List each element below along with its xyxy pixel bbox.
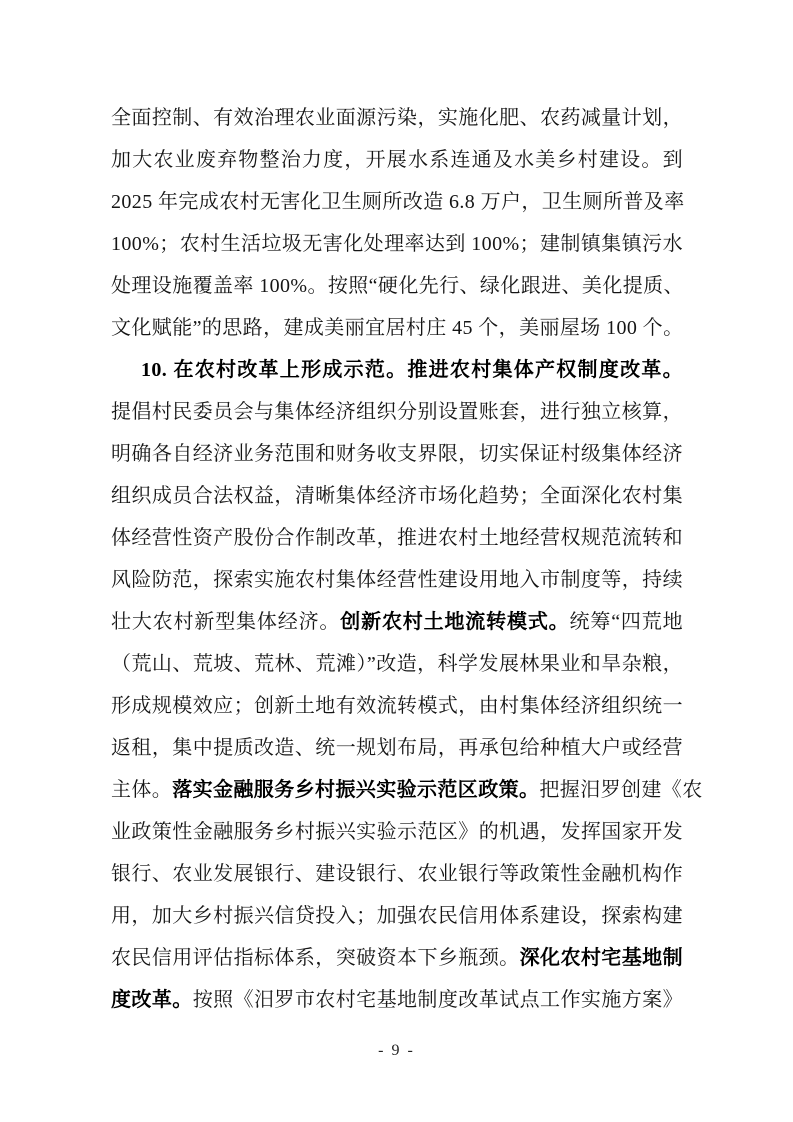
- text-segment: 组织成员合法权益，清晰集体经济市场化趋势；全面深化农村集: [111, 485, 683, 507]
- text-line: 形成规模效应；创新土地有效流转模式，由村集体经济组织统一: [111, 685, 683, 727]
- text-line: 加大农业废弃物整治力度，开展水系连通及水美乡村建设。到: [111, 139, 683, 181]
- text-segment: 主体。: [111, 779, 172, 801]
- text-segment: 把握汨罗创建《农: [539, 779, 702, 801]
- document-page: 全面控制、有效治理农业面源污染，实施化肥、农药减量计划，加大农业废弃物整治力度，…: [0, 0, 793, 1122]
- text-line: 2025 年完成农村无害化卫生厕所改造 6.8 万户，卫生厕所普及率: [111, 181, 683, 223]
- text-line: 处理设施覆盖率 100%。按照“硬化先行、绿化跟进、美化提质、: [111, 265, 683, 307]
- text-segment: 2025 年完成农村无害化卫生厕所改造 6.8 万户，卫生厕所普及率: [111, 191, 685, 213]
- text-line: 100%；农村生活垃圾无害化处理率达到 100%；建制镇集镇污水: [111, 223, 683, 265]
- text-segment: 用，加大乡村振兴信贷投入；加强农民信用体系建设，探索构建: [111, 905, 683, 927]
- text-line: 10. 在农村改革上形成示范。推进农村集体产权制度改革。: [111, 349, 683, 391]
- text-segment: 文化赋能”的思路，建成美丽宜居村庄 45 个，美丽屋场 100 个。: [111, 317, 683, 339]
- text-line: 用，加大乡村振兴信贷投入；加强农民信用体系建设，探索构建: [111, 895, 683, 937]
- text-line: 提倡村民委员会与集体经济组织分别设置账套，进行独立核算，: [111, 391, 683, 433]
- text-segment: 银行、农业发展银行、建设银行、农业银行等政策性金融机构作: [111, 863, 683, 885]
- text-segment: 统筹“四荒地: [570, 611, 683, 633]
- text-segment: 提倡村民委员会与集体经济组织分别设置账套，进行独立核算，: [111, 401, 683, 423]
- text-segment: 处理设施覆盖率 100%。按照“硬化先行、绿化跟进、美化提质、: [111, 275, 684, 297]
- text-line: （荒山、荒坡、荒林、荒滩）”改造，科学发展林果业和旱杂粮，: [111, 643, 683, 685]
- text-segment: 加大农业废弃物整治力度，开展水系连通及水美乡村建设。到: [111, 149, 683, 171]
- text-line: 返租，集中提质改造、统一规划布局，再承包给种植大户或经营: [111, 727, 683, 769]
- text-line: 银行、农业发展银行、建设银行、农业银行等政策性金融机构作: [111, 853, 683, 895]
- bold-text-segment: 10. 在农村改革上形成示范。推进农村集体产权制度改革。: [141, 359, 683, 381]
- text-line: 风险防范，探索实施农村集体经营性建设用地入市制度等，持续: [111, 559, 683, 601]
- text-segment: 形成规模效应；创新土地有效流转模式，由村集体经济组织统一: [111, 695, 683, 717]
- text-line: 体经营性资产股份合作制改革，推进农村土地经营权规范流转和: [111, 517, 683, 559]
- text-segment: 明确各自经济业务范围和财务收支界限，切实保证村级集体经济: [111, 443, 683, 465]
- text-block: 全面控制、有效治理农业面源污染，实施化肥、农药减量计划，加大农业废弃物整治力度，…: [111, 97, 683, 1021]
- bold-text-segment: 度改革。: [111, 989, 193, 1011]
- bold-text-segment: 落实金融服务乡村振兴实验示范区政策。: [172, 779, 539, 801]
- bold-text-segment: 深化农村宅基地制: [520, 947, 683, 969]
- text-line: 全面控制、有效治理农业面源污染，实施化肥、农药减量计划，: [111, 97, 683, 139]
- text-line: 组织成员合法权益，清晰集体经济市场化趋势；全面深化农村集: [111, 475, 683, 517]
- text-segment: 全面控制、有效治理农业面源污染，实施化肥、农药减量计划，: [111, 107, 683, 129]
- text-line: 壮大农村新型集体经济。创新农村土地流转模式。统筹“四荒地: [111, 601, 683, 643]
- text-segment: 体经营性资产股份合作制改革，推进农村土地经营权规范流转和: [111, 527, 683, 549]
- text-segment: 壮大农村新型集体经济。: [111, 611, 340, 633]
- text-line: 度改革。按照《汨罗市农村宅基地制度改革试点工作实施方案》: [111, 979, 683, 1021]
- text-line: 主体。落实金融服务乡村振兴实验示范区政策。把握汨罗创建《农: [111, 769, 683, 811]
- text-segment: 农民信用评估指标体系，突破资本下乡瓶颈。: [111, 947, 520, 969]
- text-line: 文化赋能”的思路，建成美丽宜居村庄 45 个，美丽屋场 100 个。: [111, 307, 683, 349]
- text-segment: 风险防范，探索实施农村集体经营性建设用地入市制度等，持续: [111, 569, 683, 591]
- text-segment: 100%；农村生活垃圾无害化处理率达到 100%；建制镇集镇污水: [111, 233, 683, 255]
- text-segment: （荒山、荒坡、荒林、荒滩）”改造，科学发展林果业和旱杂粮，: [111, 653, 683, 675]
- text-line: 农民信用评估指标体系，突破资本下乡瓶颈。深化农村宅基地制: [111, 937, 683, 979]
- text-segment: 业政策性金融服务乡村振兴实验示范区》的机遇，发挥国家开发: [111, 821, 683, 843]
- text-line: 业政策性金融服务乡村振兴实验示范区》的机遇，发挥国家开发: [111, 811, 683, 853]
- text-segment: 按照《汨罗市农村宅基地制度改革试点工作实施方案》: [193, 989, 683, 1011]
- text-segment: 返租，集中提质改造、统一规划布局，再承包给种植大户或经营: [111, 737, 683, 759]
- bold-text-segment: 创新农村土地流转模式。: [340, 611, 569, 633]
- page-number: - 9 -: [0, 1036, 793, 1066]
- text-line: 明确各自经济业务范围和财务收支界限，切实保证村级集体经济: [111, 433, 683, 475]
